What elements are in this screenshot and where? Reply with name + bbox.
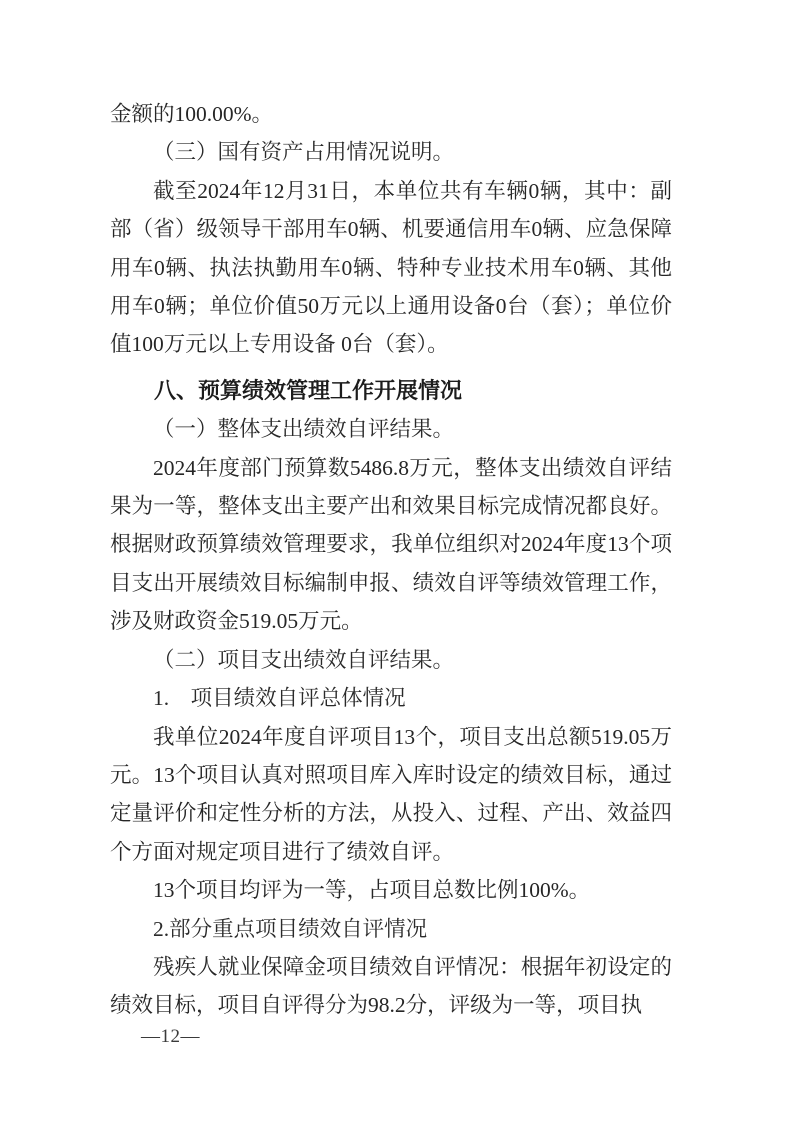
page-content: 金额的100.00%。 （三）国有资产占用情况说明。 截至2024年12月31日… [110, 95, 672, 1025]
paragraph-project-rating-summary: 13个项目均评为一等，占项目总数比例100%。 [110, 871, 672, 909]
heading-section-2-project-self-evaluation: （二）项目支出绩效自评结果。 [110, 641, 672, 679]
paragraph-overall-performance-result: 2024年度部门预算数5486.8万元，整体支出绩效自评结果为一等，整体支出主要… [110, 449, 672, 641]
paragraph-vehicles-equipment: 截至2024年12月31日，本单位共有车辆0辆，其中：副部（省）级领导干部用车0… [110, 172, 672, 364]
heading-section-3-state-assets: （三）国有资产占用情况说明。 [110, 133, 672, 171]
paragraph-continuation-amount: 金额的100.00%。 [110, 95, 672, 133]
heading-section-1-overall-self-evaluation: （一）整体支出绩效自评结果。 [110, 410, 672, 448]
heading-chapter-8-budget-performance: 八、预算绩效管理工作开展情况 [110, 372, 672, 410]
paragraph-disability-employment-fund: 残疾人就业保障金项目绩效自评情况：根据年初设定的绩效目标，项目自评得分为98.2… [110, 948, 672, 1025]
paragraph-project-self-evaluation-detail: 我单位2024年度自评项目13个，项目支出总额519.05万元。13个项目认真对… [110, 718, 672, 872]
page-number: —12— [141, 1026, 200, 1048]
heading-item-1-project-overview: 1. 项目绩效自评总体情况 [110, 679, 672, 717]
heading-item-2-key-projects: 2.部分重点项目绩效自评情况 [110, 910, 672, 948]
document-page: 金额的100.00%。 （三）国有资产占用情况说明。 截至2024年12月31日… [0, 0, 800, 1131]
